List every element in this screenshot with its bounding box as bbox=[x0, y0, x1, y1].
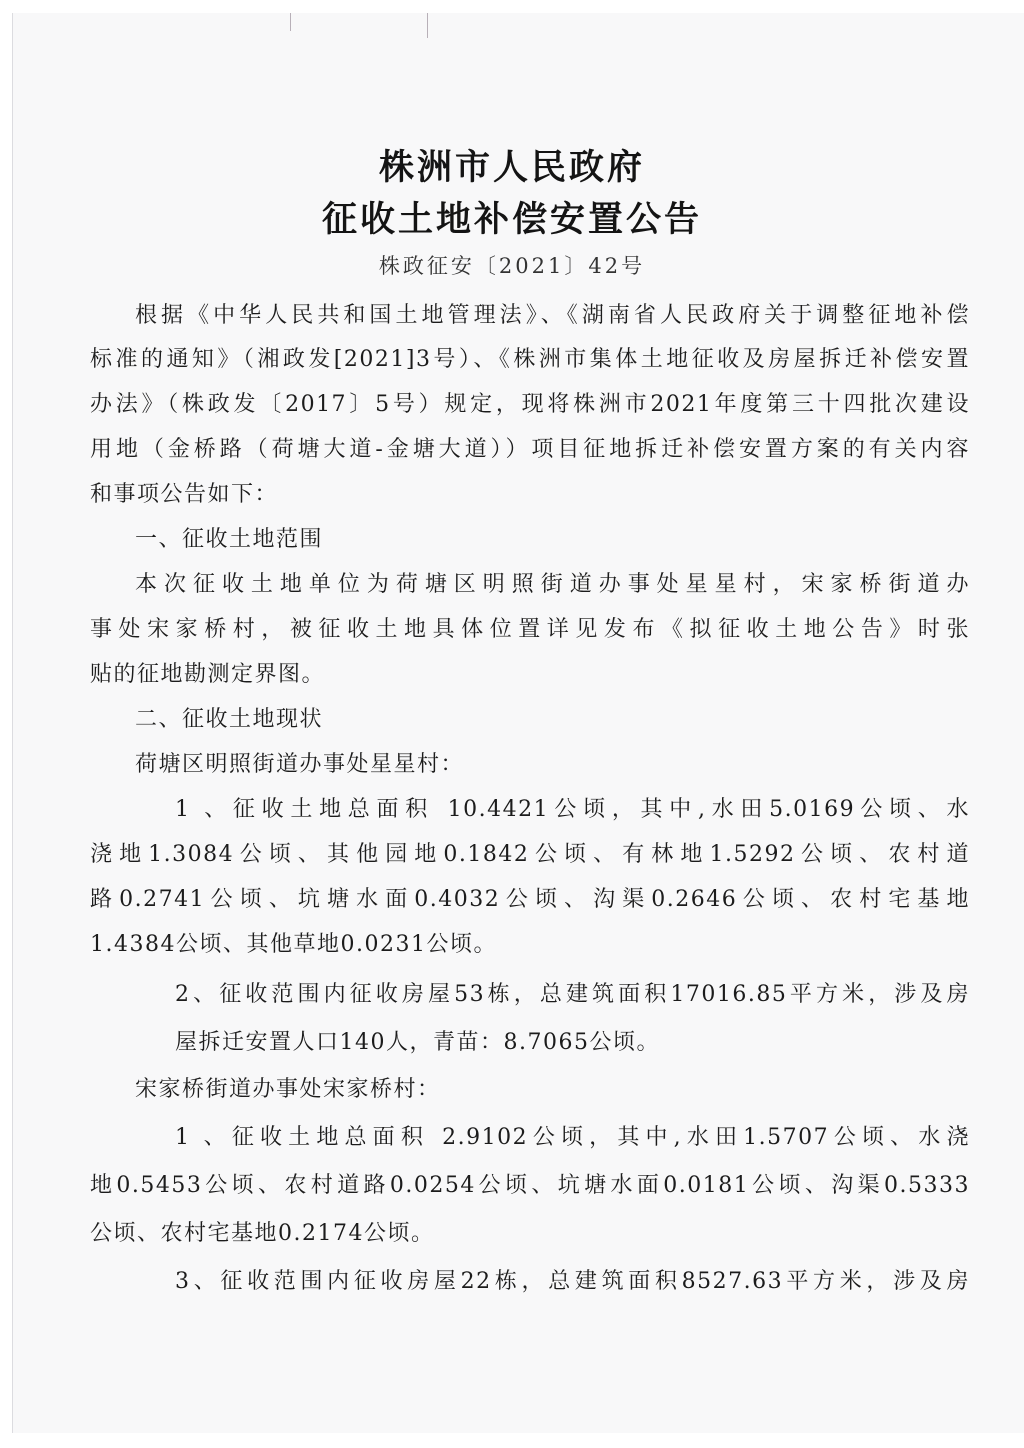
village1-item1-line: 1 、征收土地总面积 10.4421公顷，其中,水田5.0169公顷、水 bbox=[175, 792, 970, 823]
intro-line: 根据《中华人民共和国土地管理法》、《湖南省人民政府关于调整征地补偿 bbox=[135, 298, 970, 329]
section1-line: 本次征收土地单位为荷塘区明照街道办事处星星村，宋家桥街道办 bbox=[135, 567, 970, 598]
village2-item3-line: 3、征收范围内征收房屋22栋，总建筑面积8527.63平方米，涉及房 bbox=[175, 1264, 970, 1295]
intro-line: 办法》（株政发〔2017〕5号）规定，现将株洲市2021年度第三十四批次建设 bbox=[90, 387, 970, 418]
section1-line: 贴的征地勘测定界图。 bbox=[90, 657, 325, 688]
intro-line: 和事项公告如下： bbox=[90, 477, 278, 508]
intro-line: 用地（金桥路（荷塘大道-金塘大道））项目征地拆迁补偿安置方案的有关内容 bbox=[90, 432, 970, 463]
village-name: 荷塘区明照街道办事处星星村： bbox=[135, 747, 464, 778]
village2-item1-line: 地0.5453公顷、农村道路0.0254公顷、坑塘水面0.0181公顷、沟渠0.… bbox=[90, 1168, 970, 1199]
village2-item1-line: 公顷、农村宅基地0.2174公顷。 bbox=[90, 1216, 434, 1247]
section-heading: 二、征收土地现状 bbox=[135, 702, 323, 733]
section1-line: 事处宋家桥村，被征收土地具体位置详见发布《拟征收土地公告》时张 bbox=[90, 612, 970, 643]
village1-item1-line: 路0.2741公顷、坑塘水面0.4032公顷、沟渠0.2646公顷、农村宅基地 bbox=[90, 882, 970, 913]
title-line-1: 株洲市人民政府 bbox=[0, 140, 1024, 190]
scan-mark bbox=[290, 13, 291, 31]
intro-line: 标准的通知》（湘政发[2021]3号）、《株洲市集体土地征收及房屋拆迁补偿安置 bbox=[90, 342, 970, 373]
village1-item2-line: 屋拆迁安置人口140人，青苗：8.7065公顷。 bbox=[175, 1025, 660, 1056]
village1-item1-line: 1.4384公顷、其他草地0.0231公顷。 bbox=[90, 927, 497, 958]
village1-item1-line: 浇地1.3084公顷、其他园地0.1842公顷、有林地1.5292公顷、农村道 bbox=[90, 837, 970, 868]
village-name: 宋家桥街道办事处宋家桥村： bbox=[135, 1072, 441, 1103]
village1-item2-line: 2、征收范围内征收房屋53栋，总建筑面积17016.85平方米，涉及房 bbox=[175, 977, 970, 1008]
title-line-2: 征收土地补偿安置公告 bbox=[0, 192, 1024, 242]
section-heading: 一、征收土地范围 bbox=[135, 522, 323, 553]
document-number: 株政征安〔2021〕42号 bbox=[0, 250, 1024, 280]
scan-mark bbox=[427, 13, 428, 38]
village2-item1-line: 1 、征收土地总面积 2.9102公顷，其中,水田1.5707公顷、水浇 bbox=[175, 1120, 970, 1151]
